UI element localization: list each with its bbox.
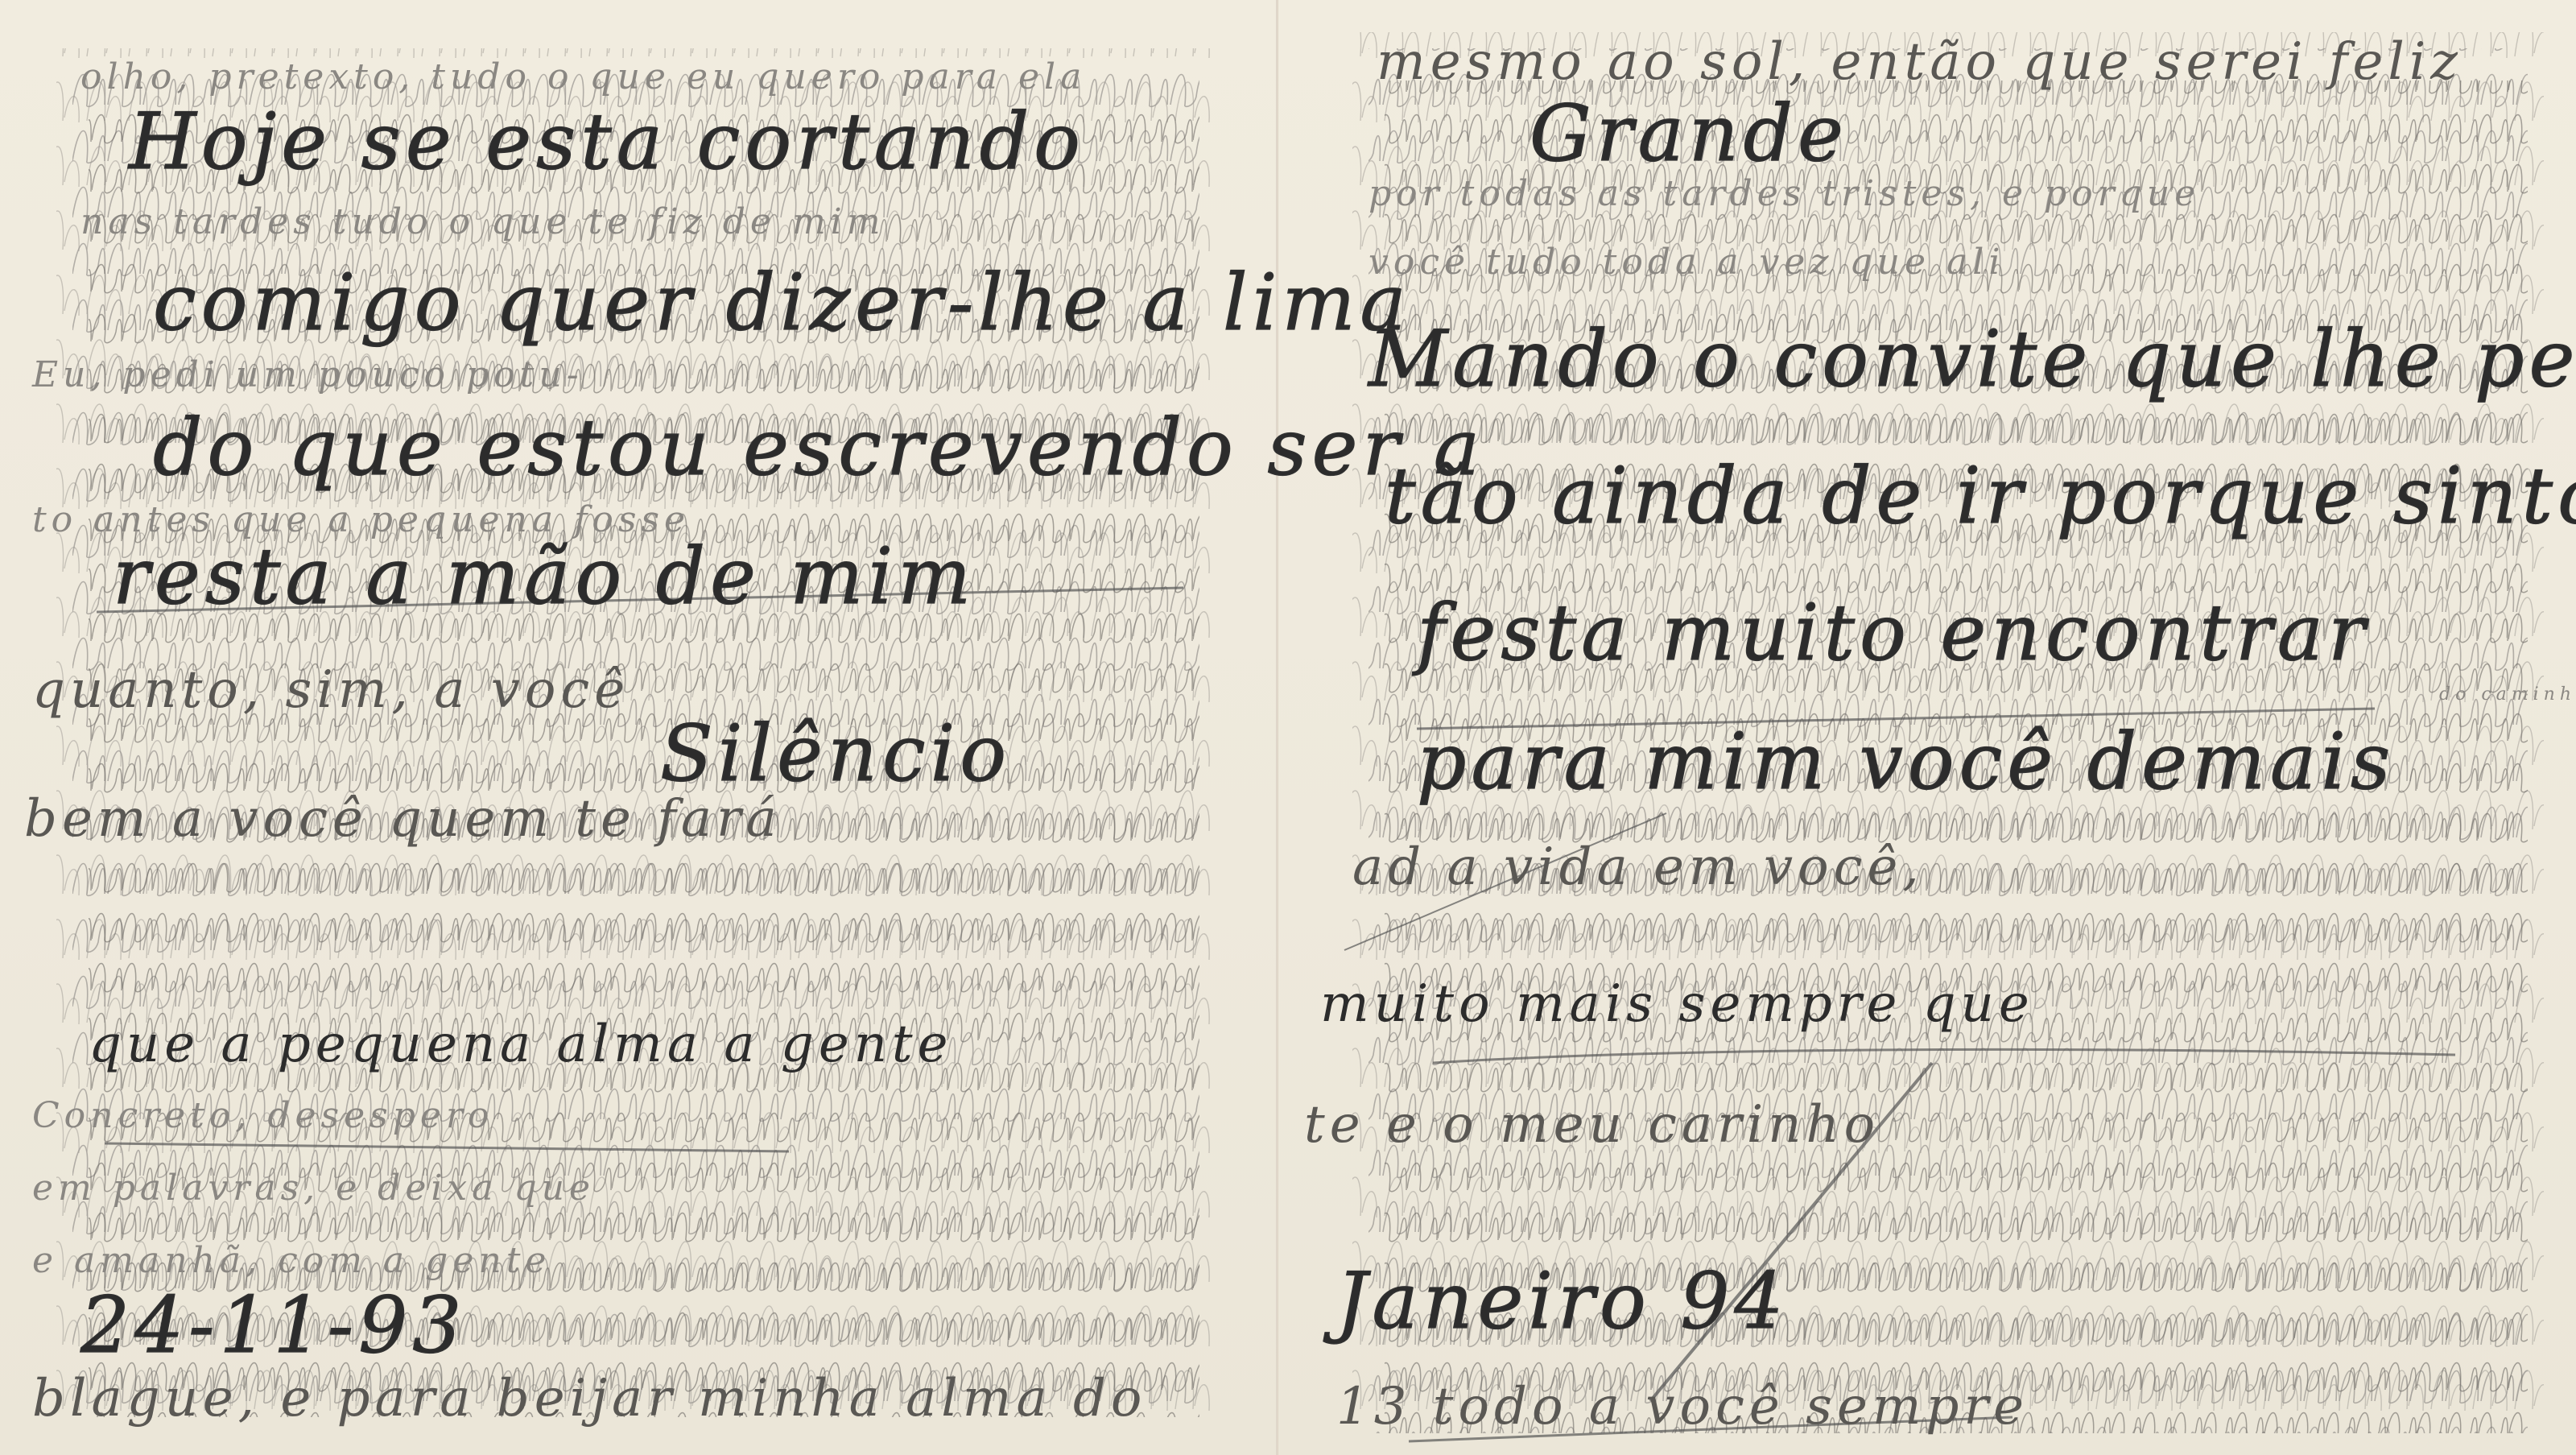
left-faint-line-2: nas tardes tudo o que te fiz de mim xyxy=(80,201,885,242)
right-faint-line-4: ad a vida em você, xyxy=(1352,837,1924,897)
right-dark-line-3: tão ainda de ir porque sinto a xyxy=(1385,451,2576,541)
left-faint-line-9: e amanhã, com a gente xyxy=(32,1240,551,1281)
right-faint-line-2: por todas as tardes tristes, e porque xyxy=(1368,173,2200,214)
left-dark-line-2: comigo quer dizer-lhe a lima xyxy=(153,258,1411,348)
right-dark-line-para-mim: para mim você demais xyxy=(1417,717,2395,807)
left-dark-line-1: Hoje se esta cortando xyxy=(129,97,1085,187)
right-dark-line-4: festa muito encontrar xyxy=(1417,588,2370,678)
left-faint-line-5: quanto, sim, a você xyxy=(32,660,630,720)
right-dark-line-grande: Grande xyxy=(1529,89,1848,179)
left-faint-line-7: Concreto, desespero xyxy=(32,1095,494,1136)
left-faint-line-6: bem a você quem te fará xyxy=(24,789,782,849)
right-annotation-small: do caminho xyxy=(2439,684,2576,705)
right-dark-line-mando: Mando o convite que lhe pedi- xyxy=(1368,314,2576,404)
right-dark-line-6: muito mais sempre que xyxy=(1320,974,2034,1034)
right-faint-line-5: te e o meu carinho xyxy=(1304,1095,1880,1155)
left-closing-line: blague, e para beijar minha alma do xyxy=(32,1369,1146,1428)
left-date: 24-11-93 xyxy=(80,1280,466,1370)
left-signature-silencio: Silêncio xyxy=(660,709,1011,799)
right-date: Janeiro 94 xyxy=(1336,1256,1788,1346)
right-faint-line-1: mesmo ao sol, então que serei feliz xyxy=(1377,32,2462,92)
left-dark-line-4: resta a mão de mim xyxy=(113,531,976,622)
left-faint-line-1: olho, pretexto, tudo o que eu quero para… xyxy=(80,56,1086,97)
left-faint-line-3: Eu, pedi um pouco potu- xyxy=(32,354,584,395)
right-closing-line: 13 todo a você sempre xyxy=(1336,1377,2029,1436)
left-dark-line-5: que a pequena alma a gente xyxy=(89,1015,953,1074)
left-faint-line-8: em palavras, e deixa que xyxy=(32,1168,595,1209)
right-faint-line-3: você tudo toda a vez que ali xyxy=(1368,242,2004,283)
artwork-diptych: olho, pretexto, tudo o que eu quero para… xyxy=(0,0,2576,1455)
left-dark-line-3: do que estou escrevendo ser a xyxy=(153,403,1484,493)
